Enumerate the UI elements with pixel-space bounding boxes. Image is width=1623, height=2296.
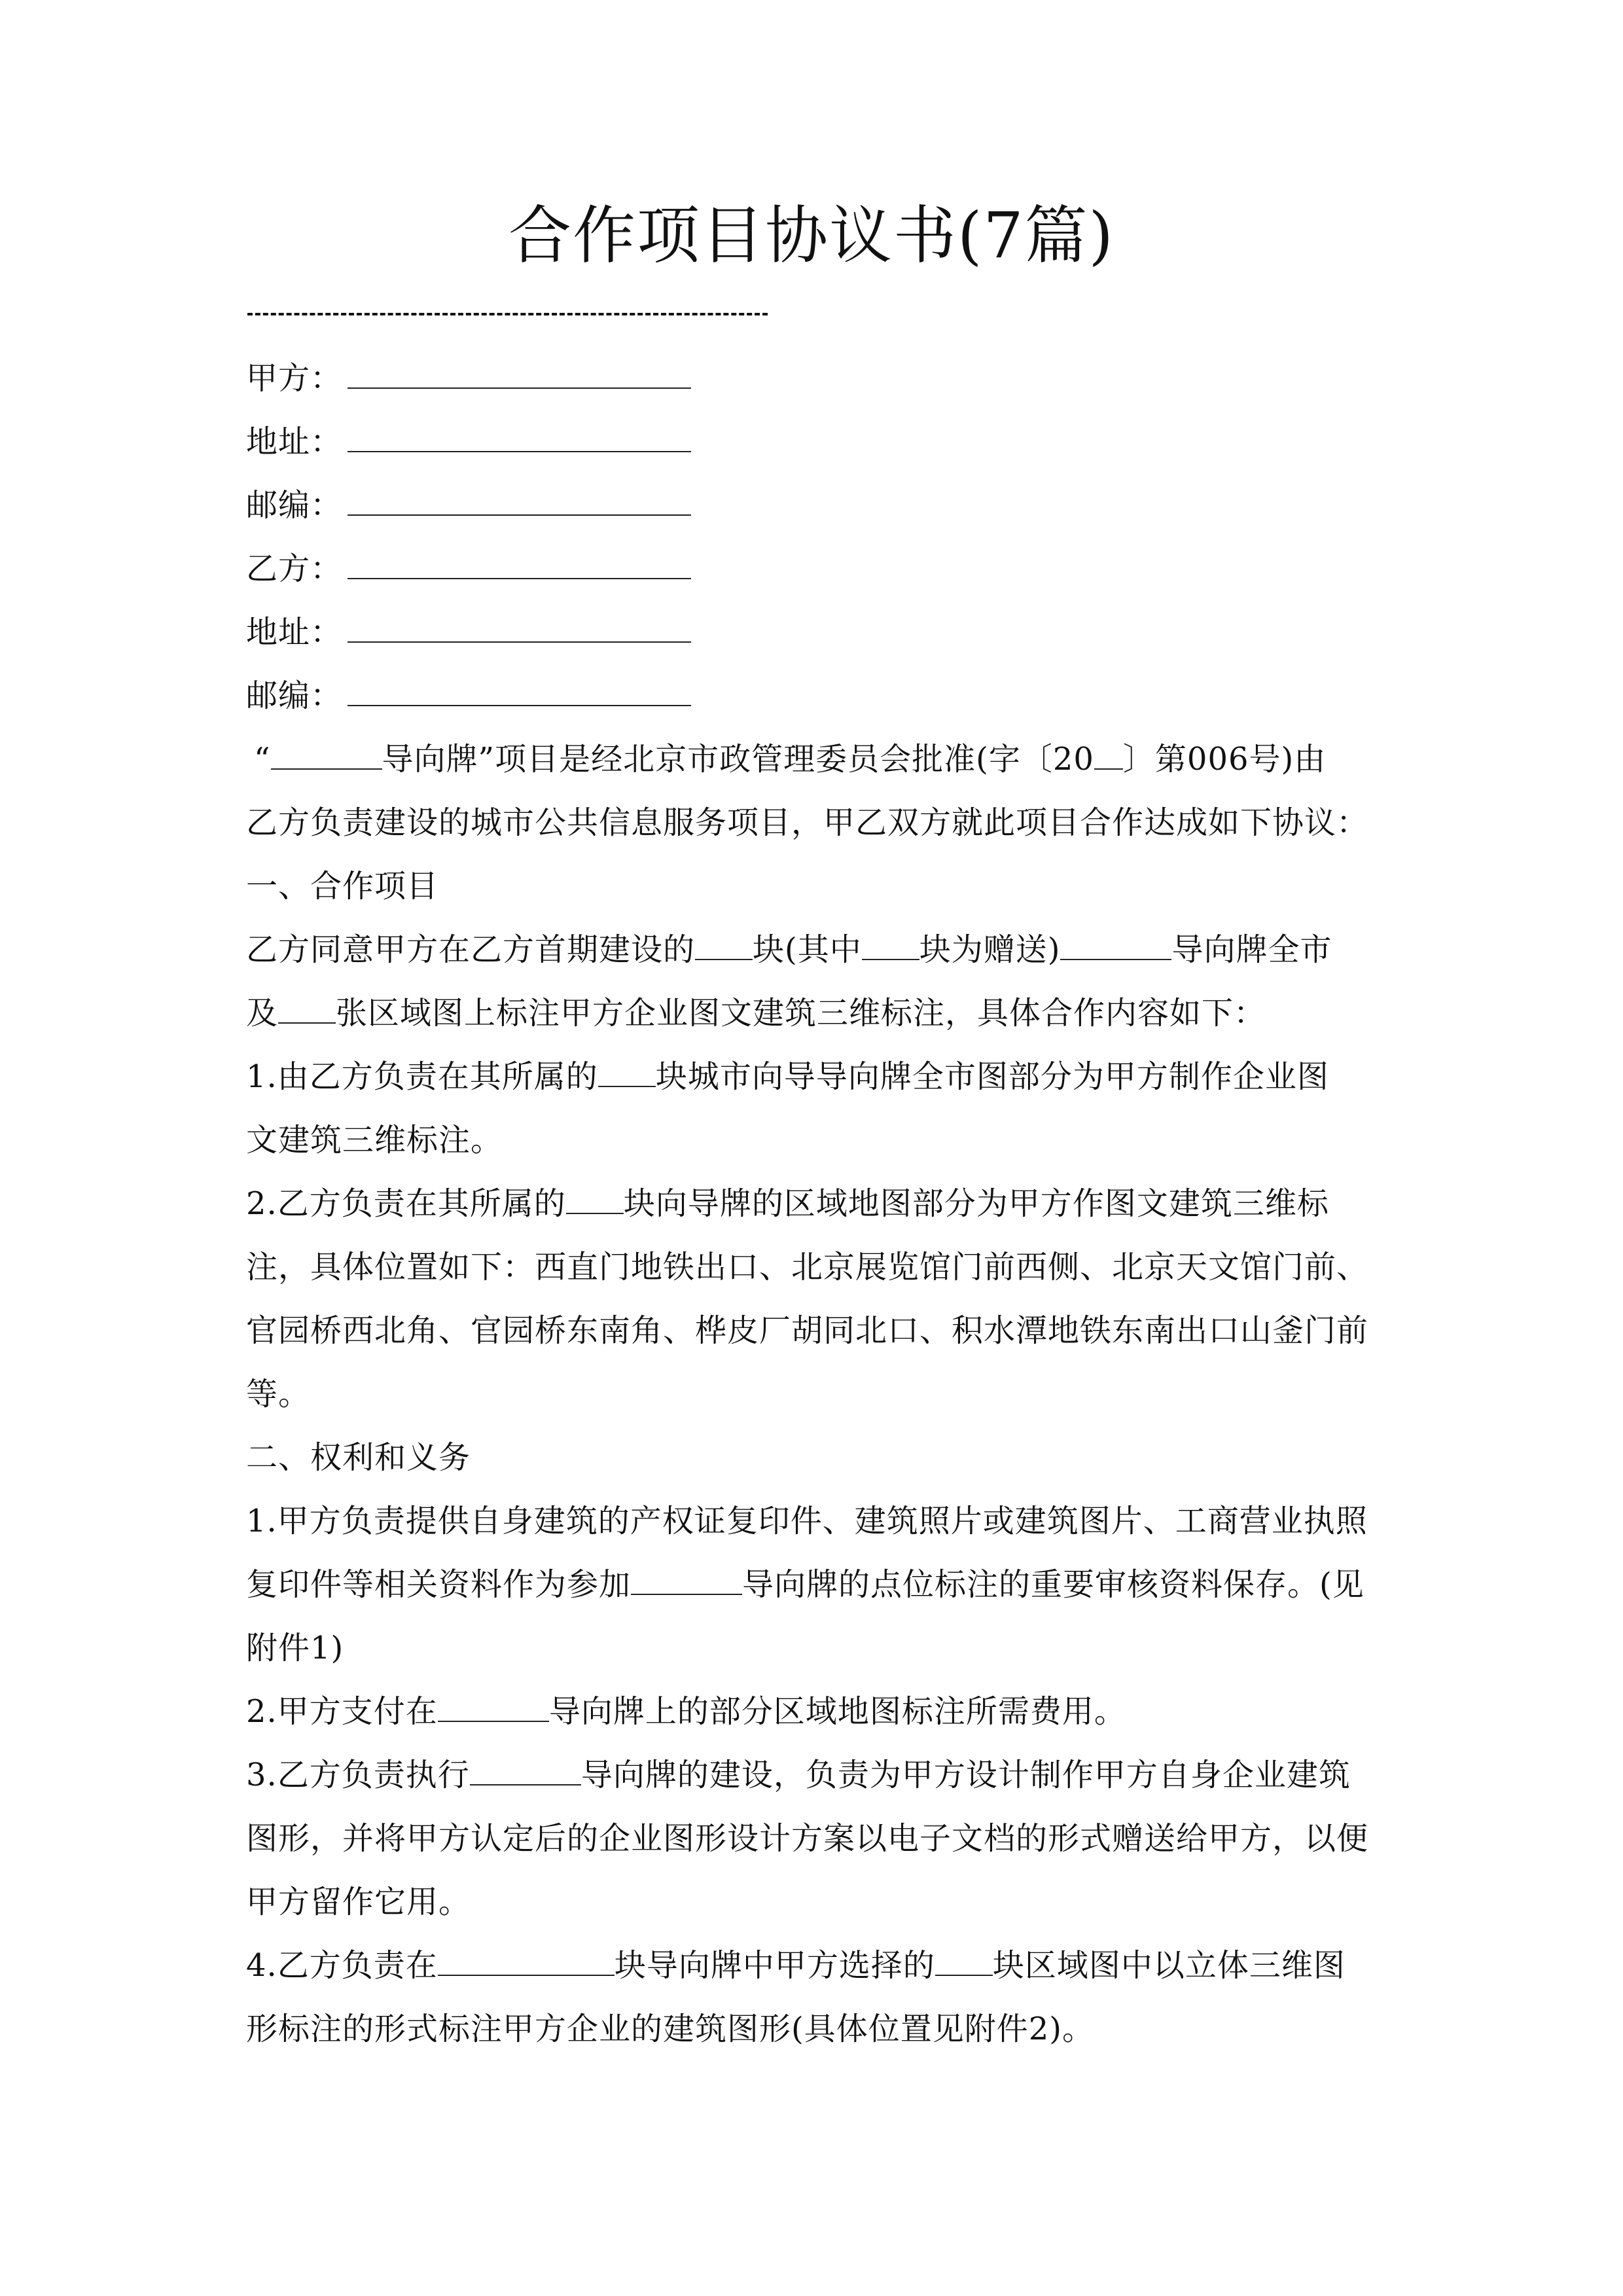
field-address-b: 地址： [246,613,1378,652]
s2-item3-blank[interactable] [470,1758,581,1785]
count-blank[interactable] [695,933,753,960]
postcode-b-blank[interactable] [348,677,691,706]
section-1-item-2-line-4: 等。 [246,1374,1378,1414]
s2-item4-region-blank[interactable] [935,1948,993,1976]
field-label: 乙方： [246,549,342,588]
item1-count-blank[interactable] [598,1060,656,1087]
section-2-item-4-line-1: 4.乙方负责在块导向牌中甲方选择的块区域图中以立体三维图 [246,1946,1378,1985]
section-1-item-2-line-3: 官园桥西北角、官园桥东南角、桦皮厂胡同北口、积水潭地铁东南出口山釜门前 [246,1311,1378,1350]
section-1-para-line-1: 乙方同意甲方在乙方首期建设的块(其中块为赠送)导向牌全市 [246,930,1378,969]
s2-item4-count-blank[interactable] [438,1948,615,1976]
section-1-item-2-line-2: 注，具体位置如下：西直门地铁出口、北京展览馆门前西侧、北京天文馆门前、 [246,1247,1378,1287]
project-name-blank[interactable] [271,742,382,770]
address-b-blank[interactable] [348,614,691,643]
intro-line-2: 乙方负责建设的城市公共信息服务项目，甲乙双方就此项目合作达成如下协议： [246,803,1378,842]
field-label: 甲方： [246,359,342,398]
field-address-a: 地址： [246,422,1378,461]
document-title: 合作项目协议书(7篇) [0,196,1623,275]
postcode-a-blank[interactable] [348,487,691,516]
sign-name-blank[interactable] [1060,933,1171,960]
party-b-blank[interactable] [348,550,691,579]
section-2-item-2: 2.甲方支付在导向牌上的部分区域地图标注所需费用。 [246,1692,1378,1731]
field-postcode-b: 邮编： [246,676,1378,715]
section-2-item-3-line-3: 甲方留作它用。 [246,1882,1378,1922]
field-postcode-a: 邮编： [246,486,1378,525]
item2-count-blank[interactable] [566,1187,624,1214]
intro-line-1: “导向牌”项目是经北京市政管理委员会批准(字〔20〕第006号)由 [246,740,1378,779]
year-blank[interactable] [1094,742,1123,770]
map-count-blank[interactable] [278,996,336,1024]
field-label: 地址： [246,422,342,461]
section-2-item-3-line-1: 3.乙方负责执行导向牌的建设，负责为甲方设计制作甲方自身企业建筑 [246,1755,1378,1795]
gift-count-blank[interactable] [862,933,919,960]
field-label: 邮编： [246,676,342,715]
section-1-item-1-line-1: 1.由乙方负责在其所属的块城市向导导向牌全市图部分为甲方制作企业图 [246,1057,1378,1096]
s2-item1-blank[interactable] [631,1568,742,1595]
title-divider [247,313,768,315]
field-party-b: 乙方： [246,549,1378,588]
s2-item2-blank[interactable] [438,1695,549,1722]
section-2-item-3-line-2: 图形，并将甲方认定后的企业图形设计方案以电子文档的形式赠送给甲方，以便 [246,1819,1378,1858]
field-label: 邮编： [246,486,342,525]
section-1-heading: 一、合作项目 [246,867,1378,906]
document-page: 合作项目协议书(7篇) 甲方： 地址： 邮编： 乙方： 地址： 邮编： “导向牌… [0,0,1623,2296]
section-2-item-1-line-1: 1.甲方负责提供自身建筑的产权证复印件、建筑照片或建筑图片、工商营业执照 [246,1501,1378,1541]
section-1-para-line-2: 及张区域图上标注甲方企业图文建筑三维标注，具体合作内容如下： [246,994,1378,1033]
section-1-item-2-line-1: 2.乙方负责在其所属的块向导牌的区域地图部分为甲方作图文建筑三维标 [246,1184,1378,1223]
party-a-blank[interactable] [348,360,691,389]
field-label: 地址： [246,613,342,652]
section-2-item-4-line-2: 形标注的形式标注甲方企业的建筑图形(具体位置见附件2)。 [246,2009,1378,2049]
field-party-a: 甲方： [246,359,1378,398]
section-2-item-1-line-3: 附件1) [246,1628,1378,1668]
address-a-blank[interactable] [348,423,691,452]
section-2-item-1-line-2: 复印件等相关资料作为参加导向牌的点位标注的重要审核资料保存。(见 [246,1565,1378,1604]
section-1-item-1-line-2: 文建筑三维标注。 [246,1121,1378,1160]
section-2-heading: 二、权利和义务 [246,1438,1378,1477]
